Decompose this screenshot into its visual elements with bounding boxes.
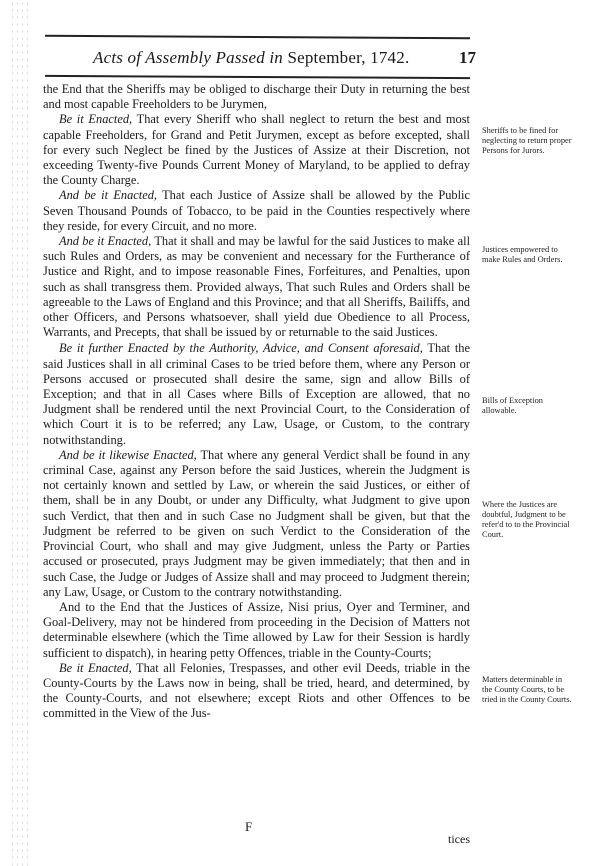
paragraph: And be it likewise Enacted, That where a… xyxy=(43,448,470,600)
header-rule-top xyxy=(45,35,470,39)
enacting-clause: And be it Enacted, xyxy=(59,234,151,248)
paragraph: the End that the Sheriffs may be obliged… xyxy=(43,82,470,112)
paragraph: Be it Enacted, That all Felonies, Trespa… xyxy=(43,661,470,722)
enacting-clause: And be it Enacted, xyxy=(59,188,157,202)
running-header: Acts of Assembly Passed in September, 17… xyxy=(45,44,470,72)
scan-gutter xyxy=(10,0,28,866)
margin-note-sheriffs-fined: Sheriffs to be fined for neglecting to r… xyxy=(482,126,572,156)
running-title-italic: Acts of Assembly Passed in xyxy=(93,48,283,67)
enacting-clause: Be it further Enacted by the Authority, … xyxy=(59,341,423,355)
paragraph: Be it further Enacted by the Authority, … xyxy=(43,341,470,447)
signature-mark: F xyxy=(245,819,252,835)
paragraph: And be it Enacted, That each Justice of … xyxy=(43,188,470,234)
enacting-clause: Be it Enacted, xyxy=(59,112,132,126)
running-title: Acts of Assembly Passed in September, 17… xyxy=(93,48,409,68)
page-number: 17 xyxy=(459,48,476,68)
body-text: the End that the Sheriffs may be obliged… xyxy=(43,82,470,722)
margin-note-bills-exception: Bills of Exception allowable. xyxy=(482,396,572,416)
paragraph: And be it Enacted, That it shall and may… xyxy=(43,234,470,340)
paragraph: And to the End that the Justices of Assi… xyxy=(43,600,470,661)
running-title-date: September, 1742. xyxy=(287,48,409,67)
enacting-clause: And be it likewise Enacted, xyxy=(59,448,197,462)
enacting-clause: Be it Enacted, xyxy=(59,661,132,675)
paragraph: Be it Enacted, That every Sheriff who sh… xyxy=(43,112,470,188)
margin-note-provincial-court: Where the Justices are doubtful, Judgmen… xyxy=(482,500,572,540)
margin-note-justices-rules: Justices empowered to make Rules and Ord… xyxy=(482,245,572,265)
catchword: tices xyxy=(448,832,470,847)
margin-note-county-courts: Matters determinable in the County Court… xyxy=(482,675,572,705)
header-rule-bottom xyxy=(45,75,470,79)
